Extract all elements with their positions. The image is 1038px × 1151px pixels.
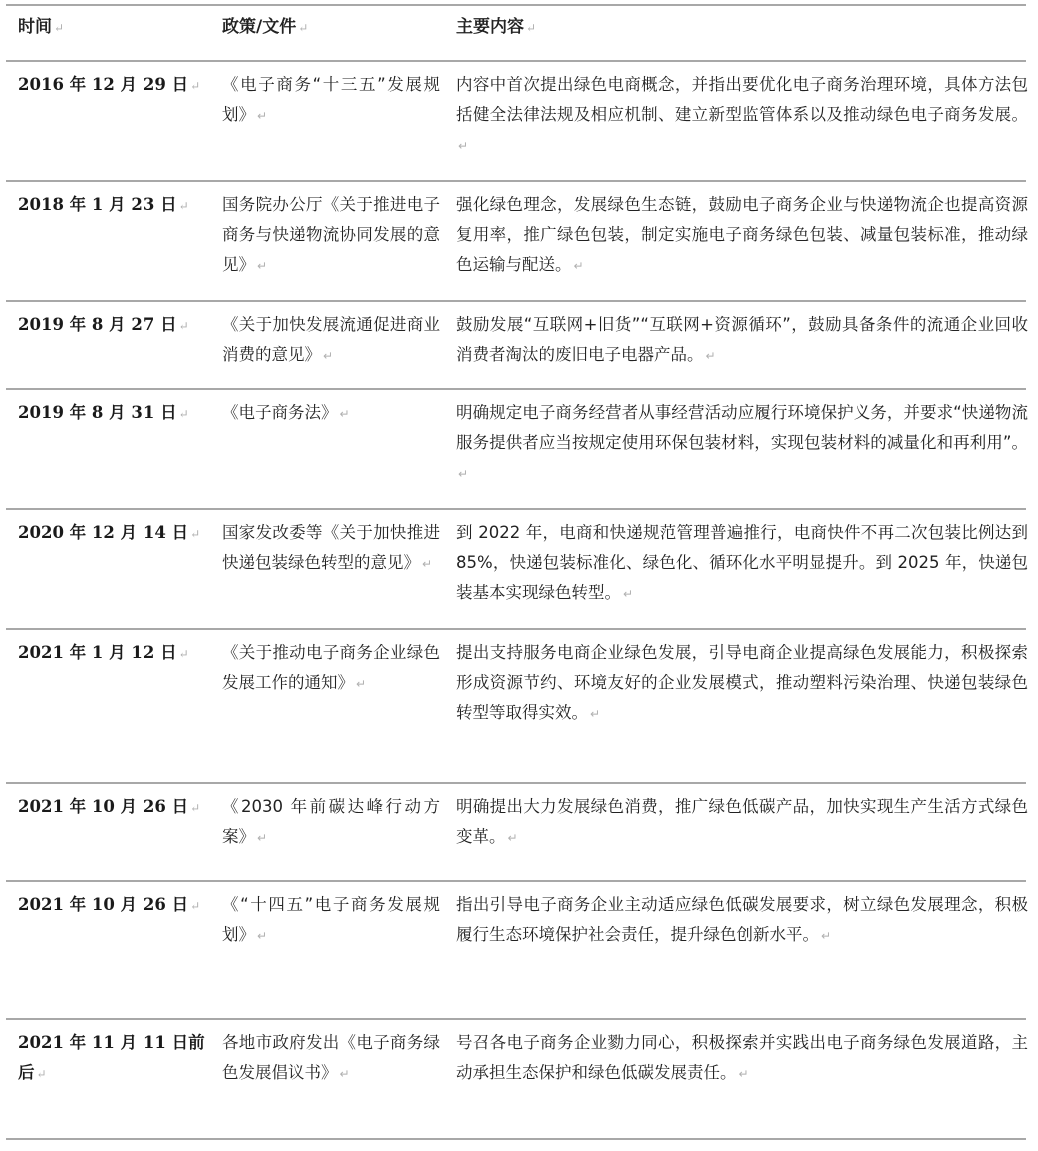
table-bottom-rule (6, 1138, 1026, 1140)
row-content: 号召各电子商务企业勠力同心，积极探索并实践出电子商务绿色发展道路，主动承担生态保… (456, 1028, 1028, 1089)
row-date: 2020 年 12 月 14 日↵ (18, 518, 218, 549)
row-date: 2021 年 1 月 12 日↵ (18, 638, 218, 669)
row-policy: 《“十四五”电子商务发展规划》↵ (222, 890, 440, 951)
table-row: 2019 年 8 月 31 日↵ 《电子商务法》↵ 明确规定电子商务经营者从事经… (6, 390, 1026, 508)
row-content: 内容中首次提出绿色电商概念，并指出要优化电子商务治理环境，具体方法包括健全法律法… (456, 70, 1028, 161)
table-row: 2018 年 1 月 23 日↵ 国务院办公厅《关于推进电子商务与快递物流协同发… (6, 182, 1026, 300)
row-policy: 国务院办公厅《关于推进电子商务与快递物流协同发展的意见》↵ (222, 190, 440, 281)
row-content: 强化绿色理念，发展绿色生态链，鼓励电子商务企业与快递物流企也提高资源复用率，推广… (456, 190, 1028, 281)
row-date: 2019 年 8 月 31 日↵ (18, 398, 218, 429)
row-content: 明确规定电子商务经营者从事经营活动应履行环境保护义务，并要求“快递物流服务提供者… (456, 398, 1028, 489)
row-policy: 国家发改委等《关于加快推进快递包装绿色转型的意见》↵ (222, 518, 440, 579)
row-date: 2021 年 11 月 11 日前后↵ (18, 1028, 218, 1089)
row-policy: 《电子商务“十三五”发展规划》↵ (222, 70, 440, 131)
table-row: 2020 年 12 月 14 日↵ 国家发改委等《关于加快推进快递包装绿色转型的… (6, 510, 1026, 628)
row-content: 指出引导电子商务企业主动适应绿色低碳发展要求，树立绿色发展理念，积极履行生态环境… (456, 890, 1028, 951)
table-row: 2019 年 8 月 27 日↵ 《关于加快发展流通促进商业消费的意见》↵ 鼓励… (6, 302, 1026, 388)
header-content: 主要内容↵ (456, 12, 1028, 43)
table-header-row: 时间↵ 政策/文件↵ 主要内容↵ (6, 6, 1026, 60)
row-date: 2019 年 8 月 27 日↵ (18, 310, 218, 341)
header-policy: 政策/文件↵ (222, 12, 440, 43)
table-row: 2021 年 10 月 26 日↵ 《2030 年前碳达峰行动方案》↵ 明确提出… (6, 784, 1026, 880)
row-policy: 《2030 年前碳达峰行动方案》↵ (222, 792, 440, 853)
table-row: 2016 年 12 月 29 日↵ 《电子商务“十三五”发展规划》↵ 内容中首次… (6, 62, 1026, 180)
row-date: 2016 年 12 月 29 日↵ (18, 70, 218, 101)
row-content: 鼓励发展“互联网+旧货”“互联网+资源循环”，鼓励具备条件的流通企业回收消费者淘… (456, 310, 1028, 371)
row-policy: 各地市政府发出《电子商务绿色发展倡议书》↵ (222, 1028, 440, 1089)
row-content: 明确提出大力发展绿色消费，推广绿色低碳产品，加快实现生产生活方式绿色变革。↵ (456, 792, 1028, 853)
row-date: 2018 年 1 月 23 日↵ (18, 190, 218, 221)
row-content: 到 2022 年，电商和快递规范管理普遍推行，电商快件不再二次包装比例达到 85… (456, 518, 1028, 609)
table-row: 2021 年 11 月 11 日前后↵ 各地市政府发出《电子商务绿色发展倡议书》… (6, 1020, 1026, 1138)
row-policy: 《电子商务法》↵ (222, 398, 440, 429)
header-date: 时间↵ (18, 12, 218, 43)
row-policy: 《关于加快发展流通促进商业消费的意见》↵ (222, 310, 440, 371)
row-date: 2021 年 10 月 26 日↵ (18, 792, 218, 823)
row-date: 2021 年 10 月 26 日↵ (18, 890, 218, 921)
table-row: 2021 年 10 月 26 日↵ 《“十四五”电子商务发展规划》↵ 指出引导电… (6, 882, 1026, 1018)
row-policy: 《关于推动电子商务企业绿色发展工作的通知》↵ (222, 638, 440, 699)
table-row: 2021 年 1 月 12 日↵ 《关于推动电子商务企业绿色发展工作的通知》↵ … (6, 630, 1026, 782)
row-content: 提出支持服务电商企业绿色发展，引导电商企业提高绿色发展能力，积极探索形成资源节约… (456, 638, 1028, 729)
